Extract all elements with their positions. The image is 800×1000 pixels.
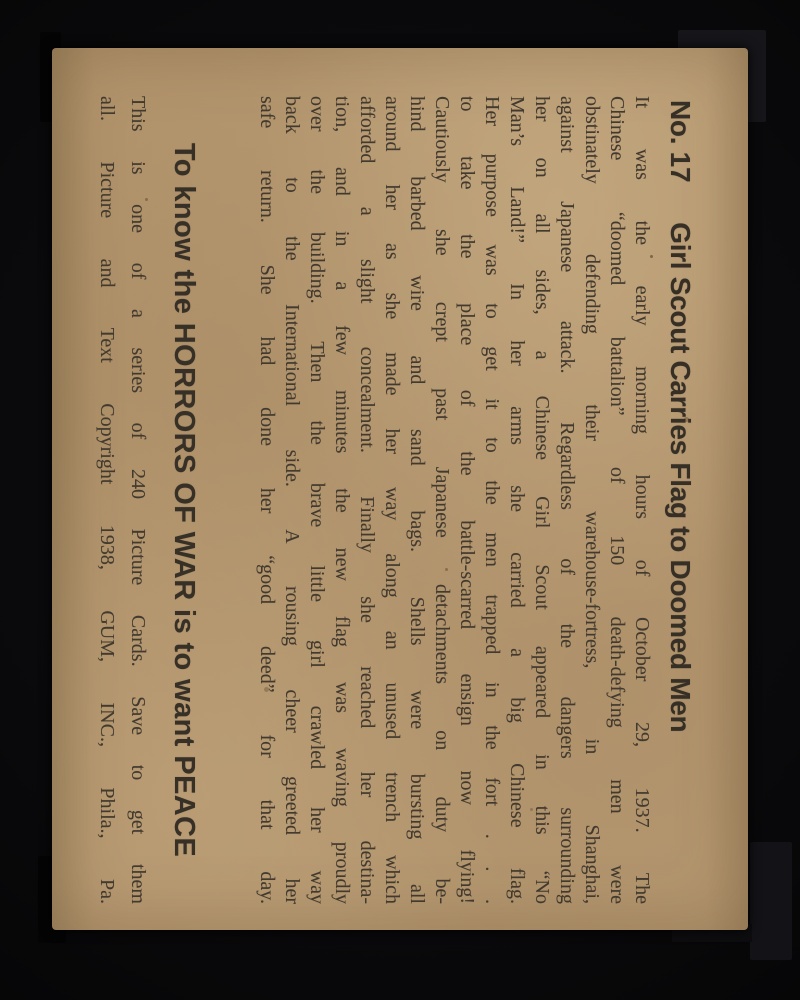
body-line: around her as she made her way along an … bbox=[379, 96, 404, 904]
body-line: safe return. She had done her “good deed… bbox=[254, 96, 279, 904]
body-line: hind barbed wire and sand bags. Shells w… bbox=[404, 96, 429, 904]
card-body-text: It was the early morning hours of Octobe… bbox=[254, 96, 654, 904]
footer-line: all. Picture and Text Copyright 1938, GU… bbox=[91, 96, 122, 904]
body-line: Chinese “doomed battalion” of 150 death-… bbox=[604, 96, 629, 904]
card-title: Girl Scout Carries Flag to Doomed Men bbox=[664, 222, 696, 732]
card-title-row: No. 17 Girl Scout Carries Flag to Doomed… bbox=[664, 96, 696, 904]
body-line: over the building. Then the brave little… bbox=[304, 96, 329, 904]
footer-line: This is one of a series of 240 Picture C… bbox=[122, 96, 153, 904]
holder-recess-bottom-right bbox=[750, 842, 792, 960]
body-line: Cautiously she crept past Japanese detac… bbox=[429, 96, 454, 904]
body-line: obstinately defending their warehouse-fo… bbox=[579, 96, 604, 904]
body-line: It was the early morning hours of Octobe… bbox=[629, 96, 654, 904]
copyright-text: This is one of a series of 240 Picture C… bbox=[91, 96, 153, 904]
trading-card-back: No. 17 Girl Scout Carries Flag to Doomed… bbox=[52, 48, 748, 930]
card-number: No. 17 bbox=[664, 100, 696, 182]
body-line: afforded a slight concealment. Finally s… bbox=[354, 96, 379, 904]
card-content: No. 17 Girl Scout Carries Flag to Doomed… bbox=[52, 48, 748, 930]
series-slogan: To know the HORRORS OF WAR is to want PE… bbox=[168, 96, 200, 904]
body-line: her on all sides, a Chinese Girl Scout a… bbox=[529, 96, 554, 904]
body-line: Her purpose was to get it to the men tra… bbox=[479, 96, 504, 904]
card-holder-background: No. 17 Girl Scout Carries Flag to Doomed… bbox=[0, 0, 800, 1000]
body-line: tion, and in a few minutes the new flag … bbox=[329, 96, 354, 904]
body-line: Man’s Land!” In her arms she carried a b… bbox=[504, 96, 529, 904]
body-line: back to the International side. A rousin… bbox=[279, 96, 304, 904]
body-line: to take the place of the battle-scarred … bbox=[454, 96, 479, 904]
body-line: against Japanese attack. Regardless of t… bbox=[554, 96, 579, 904]
